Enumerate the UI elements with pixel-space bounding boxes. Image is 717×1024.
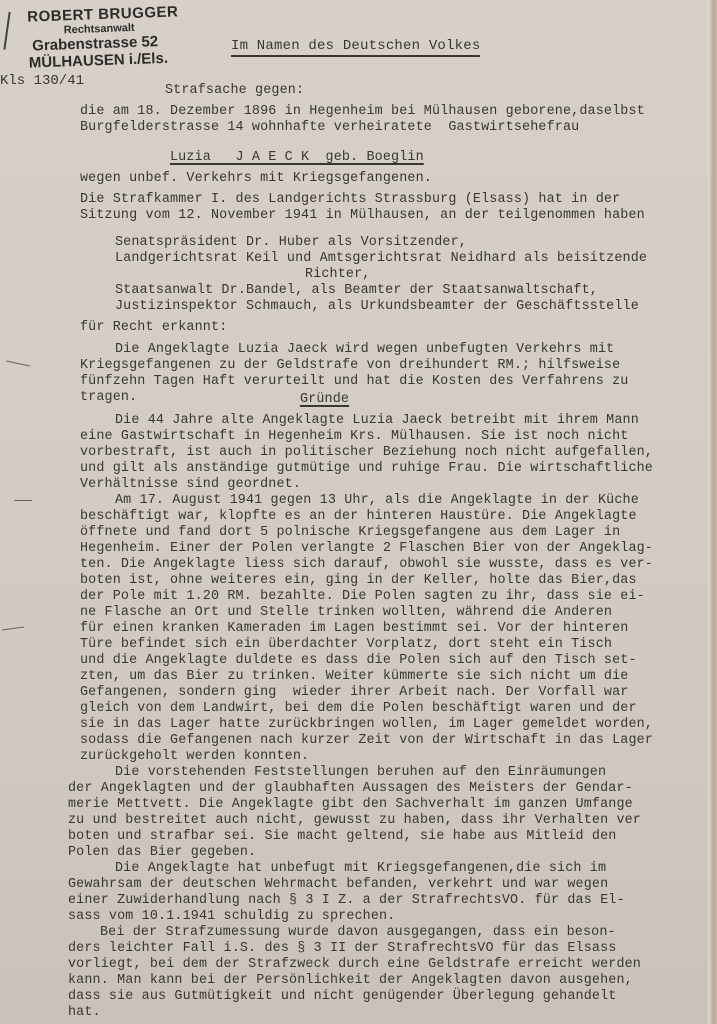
file-number: Kls 130/41 xyxy=(0,73,84,89)
text-line: Burgfelderstrasse 14 wohnhafte verheirat… xyxy=(80,120,579,136)
text-line: boten ist, ohne weiteres ein, ging in de… xyxy=(80,573,637,589)
page-edge xyxy=(708,0,717,1024)
text-line: fünfzehn Tagen Haft verurteilt und hat d… xyxy=(80,374,628,390)
text-line: Luzia J A E C K geb. Boeglin xyxy=(170,150,424,166)
text-line: eine Gastwirtschaft in Hegenheim Krs. Mü… xyxy=(80,429,628,445)
text-line: wegen unbef. Verkehrs mit Kriegsgefangen… xyxy=(80,171,432,187)
text-line: öffnete und fand dort 5 polnische Kriegs… xyxy=(80,525,620,541)
text-line: Die vorstehenden Feststellungen beruhen … xyxy=(115,765,606,781)
text-line: Türe befindet sich ein überdachter Vorpl… xyxy=(80,637,612,653)
text-line: einer Zuwiderhandlung nach § 3 I Z. a de… xyxy=(68,893,625,909)
text-line: Polen das Bier gegeben. xyxy=(68,845,256,861)
text-line: Landgerichtsrat Keil und Amtsgerichtsrat… xyxy=(115,251,647,267)
text-line: Richter, xyxy=(305,267,371,283)
text-line: Bei der Strafzumessung wurde davon ausge… xyxy=(100,925,616,941)
text-line: Die 44 Jahre alte Angeklagte Luzia Jaeck… xyxy=(115,413,639,429)
margin-dash xyxy=(14,500,32,501)
text-line: zten, um das Bier zu trinken. Weiter küm… xyxy=(80,669,628,685)
text-line: Die Angeklagte Luzia Jaeck wird wegen un… xyxy=(115,342,614,358)
text-line: Verhältnisse sind geordnet. xyxy=(80,477,301,493)
text-line: sass vom 10.1.1941 schuldig zu sprechen. xyxy=(68,909,395,925)
text-line: boten und strafbar sei. Sie macht gelten… xyxy=(68,829,616,845)
text-line: vorliegt, bei dem der Strafzweck durch e… xyxy=(68,957,641,973)
text-line: für Recht erkannt: xyxy=(80,320,227,336)
lawyer-stamp: ROBERT BRUGGER Rechtsanwalt Grabenstrass… xyxy=(27,3,180,71)
text-line: sodass die Gefangenen nach kurzer Zeit v… xyxy=(80,733,653,749)
text-line: kann. Man kann bei der Persönlichkeit de… xyxy=(68,973,633,989)
text-line: vorbestraft, ist auch in politischer Bez… xyxy=(80,445,653,461)
text-line: dass sie aus Gutmütigkeit und nicht genü… xyxy=(68,989,616,1005)
text-line: beschäftigt war, klopfte es an der hinte… xyxy=(80,509,637,525)
text-line: ders leichter Fall i.S. des § 3 II der S… xyxy=(68,941,616,957)
text-line: tragen. xyxy=(80,390,137,406)
text-line: Am 17. August 1941 gegen 13 Uhr, als die… xyxy=(115,493,639,509)
document-title: Im Namen des Deutschen Volkes xyxy=(231,38,480,57)
text-line: der Pole mit 1.20 RM. bezahlte. Die Pole… xyxy=(80,589,645,605)
text-line: Gründe xyxy=(300,392,349,408)
text-line: ten. Die Angeklagte liess sich darauf, o… xyxy=(80,557,653,573)
text-line: ne Flasche an Ort und Stelle trinken wol… xyxy=(80,605,612,621)
text-line: Senatspräsident Dr. Huber als Vorsitzend… xyxy=(115,235,467,251)
text-line: Justizinspektor Schmauch, als Urkundsbea… xyxy=(115,299,639,315)
text-line: und gilt als anständige gutmütige und ru… xyxy=(80,461,653,477)
text-line: und die Angeklagte duldete es dass die P… xyxy=(80,653,637,669)
text-line: für einen kranken Kameraden im Lagen bes… xyxy=(80,621,628,637)
text-line: zu und bestreitet auch nicht, gewusst zu… xyxy=(68,813,641,829)
text-line: der Angeklagten und der glaubhaften Auss… xyxy=(68,781,633,797)
text-line: Gefangenen, sondern ging wieder ihrer Ar… xyxy=(80,685,628,701)
text-line: Hegenheim. Einer der Polen verlangte 2 F… xyxy=(80,541,653,557)
document-page: ROBERT BRUGGER Rechtsanwalt Grabenstrass… xyxy=(0,0,708,1024)
text-line: Staatsanwalt Dr.Bandel, als Beamter der … xyxy=(115,283,598,299)
text-line: Strafsache gegen: xyxy=(165,83,304,99)
text-line: Gewahrsam der deutschen Wehrmacht befand… xyxy=(68,877,608,893)
text-line: merie Mettvett. Die Angeklagte gibt den … xyxy=(68,797,633,813)
text-line: gleich von dem Landwirt, bei dem die Pol… xyxy=(80,701,637,717)
margin-squiggle xyxy=(2,626,24,630)
text-line: Kriegsgefangenen zu der Geldstrafe von d… xyxy=(80,358,620,374)
margin-pen-mark xyxy=(3,12,13,50)
text-line: die am 18. Dezember 1896 in Hegenheim be… xyxy=(80,104,645,120)
text-line: Sitzung vom 12. November 1941 in Mülhaus… xyxy=(80,208,645,224)
text-line: hat. xyxy=(68,1005,101,1021)
margin-squiggle xyxy=(6,361,30,367)
text-line: Die Angeklagte hat unbefugt mit Kriegsge… xyxy=(115,861,606,877)
text-line: zurückgeholt werden konnten. xyxy=(80,749,309,765)
text-line: sie in das Lager hatte zurückbringen wol… xyxy=(80,717,653,733)
text-line: Die Strafkammer I. des Landgerichts Stra… xyxy=(80,192,620,208)
